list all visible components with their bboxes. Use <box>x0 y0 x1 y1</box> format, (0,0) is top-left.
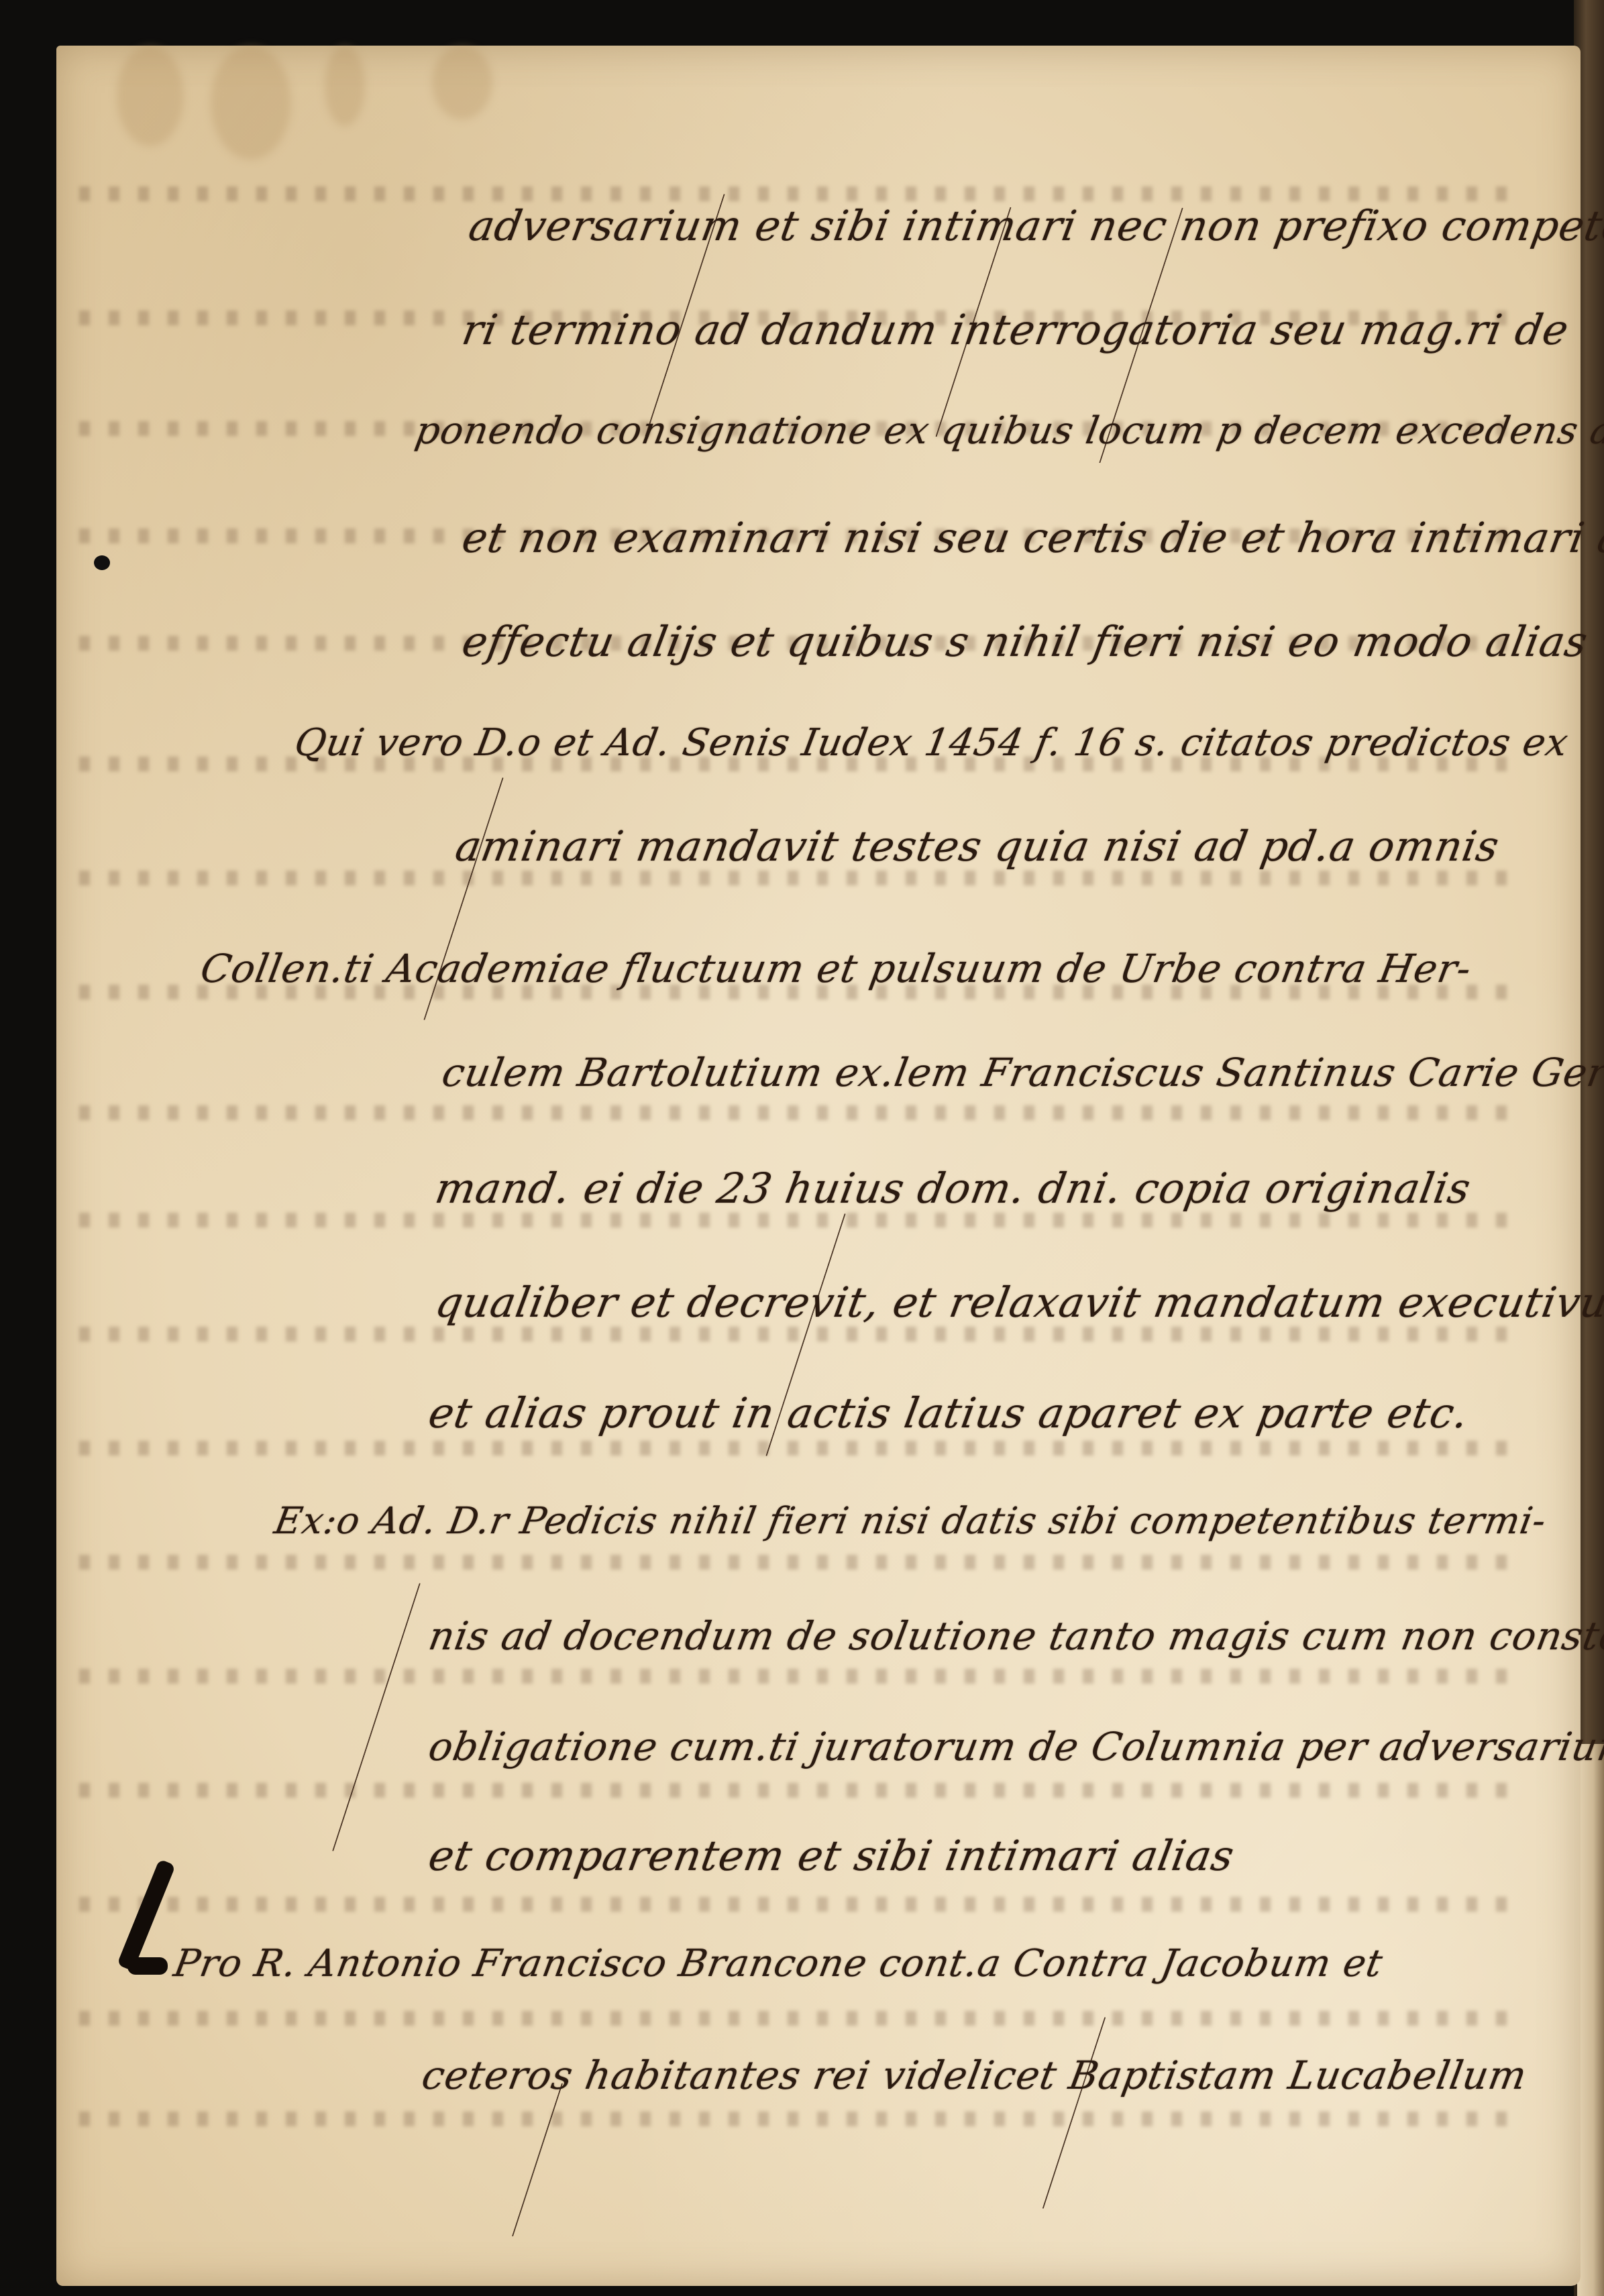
water-stain <box>211 46 291 160</box>
manuscript-line-5: effectu alijs et quibus s nihil fieri ni… <box>459 617 1592 666</box>
ink-bleed <box>70 1441 1512 1456</box>
manuscript-line-10: mand. ei die 23 huius dom. dni. copia or… <box>432 1164 1475 1213</box>
ink-hole <box>94 555 110 570</box>
manuscript-line-17: Pro R. Antonio Francisco Brancone cont.a… <box>170 1942 1386 1985</box>
manuscript-line-1: adversarium et sibi intimari nec non pre… <box>466 201 1604 250</box>
ink-bleed <box>70 1897 1512 1912</box>
manuscript-line-4: et non examinari nisi seu certis die et … <box>459 513 1604 562</box>
manuscript-line-2: ri termino ad dandum interrogatoria seu … <box>459 305 1573 354</box>
ink-bleed <box>70 1213 1512 1227</box>
ink-bleed <box>70 1783 1512 1798</box>
ink-bleed <box>70 1669 1512 1684</box>
ink-bleed <box>70 2011 1512 2026</box>
ink-bleed <box>70 186 1512 201</box>
ink-bleed <box>70 871 1512 885</box>
manuscript-line-12: et alias prout in actis latius aparet ex… <box>425 1388 1473 1437</box>
manuscript-line-9: culem Bartolutium ex.lem Franciscus Sant… <box>439 1050 1604 1095</box>
adjacent-page-edge <box>1577 1744 1604 2296</box>
manuscript-line-14: nis ad docendum de solutione tanto magis… <box>425 1613 1604 1659</box>
water-stain <box>117 46 184 146</box>
heavy-ink-stroke-foot <box>127 1957 168 1975</box>
manuscript-line-16: et comparentem et sibi intimari alias <box>425 1831 1238 1880</box>
manuscript-line-8: Collen.ti Academiae fluctuum et pulsuum … <box>197 946 1475 991</box>
manuscript-line-11: qualiber et decrevit, et relaxavit manda… <box>432 1278 1604 1327</box>
ink-bleed <box>70 1105 1512 1120</box>
water-stain <box>325 46 365 126</box>
manuscript-line-18: ceteros habitantes rei videlicet Baptist… <box>419 2053 1531 2098</box>
ink-bleed <box>70 1555 1512 1570</box>
manuscript-line-3: ponendo consignatione ex quibus locum p … <box>412 409 1604 453</box>
manuscript-line-6: Qui vero D.o et Ad. Senis Iudex 1454 f. … <box>291 721 1572 765</box>
manuscript-line-13: Ex:o Ad. D.r Pedicis nihil fieri nisi da… <box>271 1499 1550 1542</box>
ink-bleed <box>70 1327 1512 1342</box>
ink-bleed <box>70 2112 1512 2126</box>
manuscript-line-15: obligatione cum.ti juratorum de Columnia… <box>425 1724 1604 1769</box>
water-stain <box>432 46 492 119</box>
manuscript-line-7: aminari mandavit testes quia nisi ad pd.… <box>452 822 1503 871</box>
